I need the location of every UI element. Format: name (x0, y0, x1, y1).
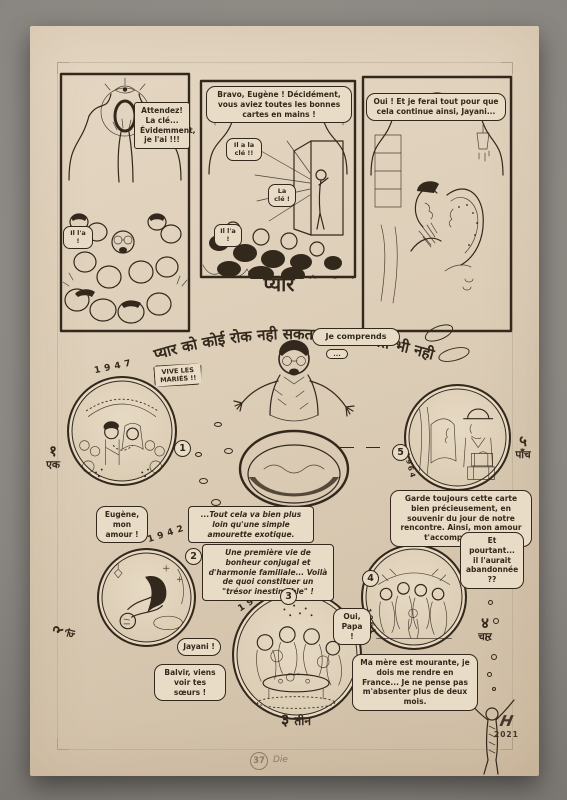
vignette-number-hindi: ४ चार (468, 616, 502, 643)
devanagari-digit: ४ (468, 616, 502, 632)
caption-text: ...Tout cela va bien plus loin qu'une si… (201, 510, 301, 539)
devanagari-digit: १ (40, 444, 66, 460)
speech-bubble-mere: Ma mère est mourante, je dois me rendre … (352, 654, 478, 711)
caption-text: Une première vie de bonheur conjugal et … (209, 548, 328, 596)
vignette-badge: 2 (185, 548, 202, 565)
speech-text: Oui, Papa ! (342, 612, 363, 641)
hindi-title-pyaar: प्यार (234, 270, 324, 297)
speech-bubble-trail: ... (326, 349, 348, 359)
speech-text: Attendez! La clé... Évidemment, je l'ai … (140, 106, 196, 144)
speech-bubble-jayani: Oui ! Et je ferai tout pour que cela con… (366, 93, 506, 121)
speech-text: La clé ! (274, 187, 290, 203)
wedding-banner: Vive les mariés !! (153, 362, 202, 388)
thought-trail-dot (491, 654, 497, 660)
hindi-word: एक (40, 460, 66, 471)
departure-scene-drawing (406, 386, 509, 489)
comic-art-page: Attendez! La clé... Évidemment, je l'ai … (30, 26, 539, 776)
thought-trail-dot (488, 600, 493, 605)
vignette-departure (404, 384, 511, 491)
speech-bubble-jayani-call: Jayani ! (177, 638, 221, 656)
speech-text: Et pourtant... il l'aurait abandonnée ?? (466, 536, 518, 584)
vignette-badge: 1 (174, 440, 191, 457)
speech-bubble-balvir: Balvir, viens voir tes sœurs ! (154, 664, 226, 701)
speech-text: Oui ! Et je ferai tout pour que cela con… (373, 97, 498, 116)
speech-text: Je comprends (325, 332, 386, 341)
badge-number: 4 (367, 573, 374, 584)
caption-amourette: ...Tout cela va bien plus loin qu'une si… (188, 506, 314, 543)
photo-background: Attendez! La clé... Évidemment, je l'ai … (0, 0, 567, 800)
crop-mark (501, 62, 513, 74)
thought-trail-dot (211, 499, 221, 506)
vignette-romance (97, 548, 196, 647)
speech-bubble-mini: La clé ! (268, 184, 296, 207)
hindi-word: चार (468, 632, 502, 643)
speech-bubble-bravo: Bravo, Eugène ! Décidément, vous aviez t… (206, 86, 352, 123)
goodbye-scene-drawing (363, 546, 465, 648)
badge-number: 3 (285, 591, 292, 602)
page-note: Die (273, 755, 288, 765)
hindi-word: पाँच (508, 450, 538, 461)
badge-number: 2 (190, 551, 197, 562)
speech-text: Ma mère est mourante, je dois me rendre … (360, 658, 469, 706)
hindi-text: प्यार (264, 272, 295, 296)
badge-number: 5 (397, 447, 404, 458)
devanagari-digit: ५ (508, 434, 538, 450)
romance-scene-drawing (99, 550, 194, 645)
page-note-text: Die (273, 755, 288, 765)
signature-year: 2021 (494, 730, 519, 739)
page-number-circled: 37 (250, 752, 268, 770)
speech-bubble-mini: Il l'a ! (63, 226, 93, 249)
vignette-badge: 5 (392, 444, 409, 461)
crop-mark (57, 738, 69, 750)
speech-bubble-comprends: Je comprends (312, 328, 400, 346)
devanagari-digit: ३ (281, 710, 289, 729)
artist-signature: H 2021 (494, 712, 519, 739)
vignette-number-hindi: ५ पाँच (508, 434, 538, 461)
page-number: 37 (253, 756, 265, 766)
vignette-wedding (67, 376, 177, 486)
speech-text: Il l'a ! (70, 229, 86, 245)
hindi-word: तीन (294, 714, 311, 728)
speech-text: ... (333, 350, 340, 358)
vignette-badge: 4 (362, 570, 379, 587)
speech-text: Jayani ! (183, 642, 215, 651)
badge-number: 1 (179, 443, 186, 454)
vignette-number-hindi: ३ तीन (270, 712, 322, 729)
speech-bubble-eugene: Eugène, mon amour ! (96, 506, 148, 543)
speech-text: Balvir, viens voir tes sœurs ! (164, 668, 215, 697)
thought-trail-dot (199, 478, 208, 484)
thought-trail-dot (492, 687, 496, 691)
speech-bubble-mini: Il l'a ! (214, 224, 242, 247)
thought-trail-dot (195, 452, 202, 457)
wedding-scene-drawing (69, 378, 175, 484)
speech-text: Il a la clé !! (234, 141, 254, 157)
speech-bubble-key: Attendez! La clé... Évidemment, je l'ai … (134, 102, 190, 149)
thought-trail-dot (487, 672, 492, 677)
speech-bubble-mini: Il a la clé !! (226, 138, 262, 161)
thought-trail-dot (214, 422, 222, 427)
speech-text: Eugène, mon amour ! (105, 510, 139, 539)
speech-bubble-papa: Oui, Papa ! (333, 608, 371, 645)
speech-text: Bravo, Eugène ! Décidément, vous aviez t… (217, 90, 340, 119)
banner-text: Vive les mariés !! (160, 366, 197, 384)
caption-tresor: Une première vie de bonheur conjugal et … (202, 544, 334, 601)
signature-monogram: H (492, 712, 521, 730)
speech-text: Il l'a ! (220, 227, 236, 243)
vignette-number-hindi: १ एक (40, 444, 66, 471)
vignette-badge: 3 (280, 588, 297, 605)
speech-bubble-pourtant: Et pourtant... il l'aurait abandonnée ?? (460, 532, 524, 589)
connector-dash (366, 447, 380, 448)
